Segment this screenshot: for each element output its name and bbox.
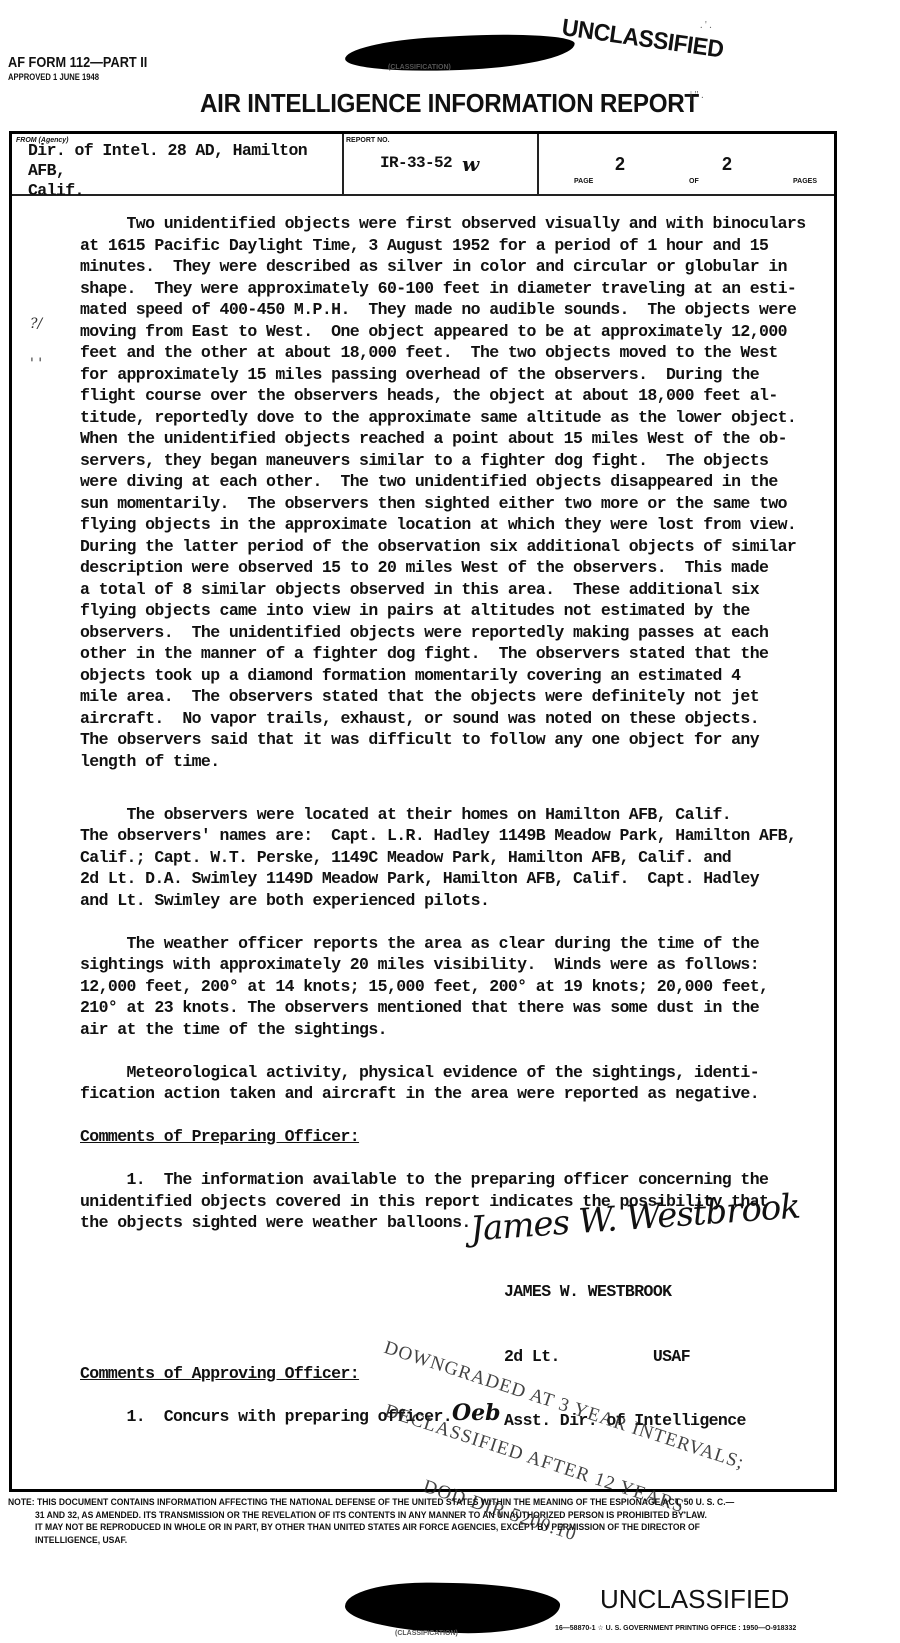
form-identifier: AF FORM 112—PART II APPROVED 1 JUNE 1948 bbox=[8, 54, 172, 82]
notice-line-3: IT MAY NOT BE REPRODUCED IN WHOLE OR IN … bbox=[8, 1522, 782, 1535]
notice-line-4: INTELLIGENCE, USAF. bbox=[8, 1535, 782, 1548]
text-line: other in the manner of a fighter dog fig… bbox=[80, 643, 830, 665]
report-no-label: REPORT NO. bbox=[346, 137, 390, 144]
text-line: servers, they began maneuvers similar to… bbox=[80, 450, 830, 472]
scan-speck: . ' . bbox=[700, 20, 712, 31]
text-line: moving from East to West. One object app… bbox=[80, 321, 830, 343]
of-label: OF bbox=[689, 178, 699, 185]
report-title: AIR INTELLIGENCE INFORMATION REPORT bbox=[200, 88, 699, 119]
printing-office-line: 16—58870-1 ☆ U. S. GOVERNMENT PRINTING O… bbox=[555, 1624, 796, 1632]
text-line: 12,000 feet, 200° at 14 knots; 15,000 fe… bbox=[80, 976, 830, 998]
text-line: flying objects came into view in pairs a… bbox=[80, 600, 830, 622]
from-agency-cell: FROM (Agency) Dir. of Intel. 28 AD, Hami… bbox=[12, 134, 344, 194]
text-line: aircraft. No vapor trails, exhaust, or s… bbox=[80, 708, 830, 730]
classification-caption-top: (CLASSIFICATION) bbox=[388, 64, 451, 71]
from-agency-value: Dir. of Intel. 28 AD, Hamilton AFB, Cali… bbox=[28, 141, 342, 201]
text-line: 1. The information available to the prep… bbox=[80, 1169, 830, 1191]
text-line: length of time. bbox=[80, 751, 830, 773]
text-line: The observers' names are: Capt. L.R. Had… bbox=[80, 825, 830, 847]
paragraph-weather: The weather officer reports the area as … bbox=[80, 933, 830, 1041]
from-line-1: Dir. of Intel. 28 AD, Hamilton AFB, bbox=[28, 141, 342, 181]
text-line: minutes. They were described as silver i… bbox=[80, 256, 830, 278]
text-line: objects took up a diamond formation mome… bbox=[80, 665, 830, 687]
text-line: mile area. The observers stated that the… bbox=[80, 686, 830, 708]
text-line: The observers were located at their home… bbox=[80, 804, 830, 826]
text-line: observers. The unidentified objects were… bbox=[80, 622, 830, 644]
preparing-officer-heading: Comments of Preparing Officer: bbox=[80, 1126, 830, 1148]
redaction-bar-bottom bbox=[345, 1581, 561, 1635]
text-line: were diving at each other. The two unide… bbox=[80, 471, 830, 493]
text-line: description were observed 15 to 20 miles… bbox=[80, 557, 830, 579]
text-line: The weather officer reports the area as … bbox=[80, 933, 830, 955]
report-number: IR-33-52 bbox=[380, 154, 452, 172]
classification-stamp-bottom: UNCLASSIFIED bbox=[600, 1584, 789, 1615]
text-line: Meteorological activity, physical eviden… bbox=[80, 1062, 830, 1084]
report-number-cell: REPORT NO. IR-33-52 w bbox=[342, 134, 539, 194]
text-line: The observers said that it was difficult… bbox=[80, 729, 830, 751]
form-number: AF FORM 112—PART II bbox=[8, 54, 147, 71]
handwritten-mark: w bbox=[462, 152, 479, 176]
text-line: air at the time of the sightings. bbox=[80, 1019, 830, 1041]
header-row: FROM (Agency) Dir. of Intel. 28 AD, Hami… bbox=[12, 134, 834, 196]
text-line: fication action taken and aircraft in th… bbox=[80, 1083, 830, 1105]
page-cell: 2 PAGE 2 OF PAGES bbox=[537, 134, 837, 194]
pages-label: PAGES bbox=[793, 178, 817, 185]
text-line: a total of 8 similar objects observed in… bbox=[80, 579, 830, 601]
from-line-2: Calif. bbox=[28, 181, 342, 201]
text-line: feet and the other at about 18,000 feet.… bbox=[80, 342, 830, 364]
text-line: titude, reportedly dove to the approxima… bbox=[80, 407, 830, 429]
text-line: sightings with approximately 20 miles vi… bbox=[80, 954, 830, 976]
text-line: 2d Lt. D.A. Swimley 1149D Meadow Park, H… bbox=[80, 868, 830, 890]
paragraph-observers: The observers were located at their home… bbox=[80, 804, 830, 912]
text-line: flying objects in the approximate locati… bbox=[80, 514, 830, 536]
scan-speck: | " . bbox=[690, 90, 704, 101]
text-line: Calif.; Capt. W.T. Perske, 1149C Meadow … bbox=[80, 847, 830, 869]
text-line: and Lt. Swimley are both experienced pil… bbox=[80, 890, 830, 912]
page-number: 2 bbox=[615, 154, 625, 175]
total-pages: 2 bbox=[722, 154, 732, 175]
paragraph-observation: Two unidentified objects were first obse… bbox=[80, 213, 830, 772]
classification-caption-bottom: (CLASSIFICATION) bbox=[395, 1630, 458, 1637]
legal-notice: NOTE: THIS DOCUMENT CONTAINS INFORMATION… bbox=[8, 1497, 782, 1547]
form-approved-date: APPROVED 1 JUNE 1948 bbox=[8, 72, 147, 82]
notice-line-1: NOTE: THIS DOCUMENT CONTAINS INFORMATION… bbox=[8, 1497, 782, 1510]
text-line: shape. They were approximately 60-100 fe… bbox=[80, 278, 830, 300]
paragraph-meteorological: Meteorological activity, physical eviden… bbox=[80, 1062, 830, 1105]
margin-annotations: ?/' ' bbox=[30, 304, 42, 384]
text-line: When the unidentified objects reached a … bbox=[80, 428, 830, 450]
text-line: sun momentarily. The observers then sigh… bbox=[80, 493, 830, 515]
text-line: During the latter period of the observat… bbox=[80, 536, 830, 558]
approver-initials: Oeb bbox=[452, 1400, 501, 1426]
text-line: flight course over the observers heads, … bbox=[80, 385, 830, 407]
text-line: for approximately 15 miles passing overh… bbox=[80, 364, 830, 386]
text-line: 210° at 23 knots. The observers mentione… bbox=[80, 997, 830, 1019]
page-label: PAGE bbox=[574, 178, 593, 185]
text-line: at 1615 Pacific Daylight Time, 3 August … bbox=[80, 235, 830, 257]
notice-line-2: 31 AND 32, AS AMENDED. ITS TRANSMISSION … bbox=[8, 1510, 782, 1523]
redaction-bar-top bbox=[344, 30, 575, 76]
signer-name: JAMES W. WESTBROOK bbox=[504, 1281, 746, 1303]
text-line: Two unidentified objects were first obse… bbox=[80, 213, 830, 235]
text-line: mated speed of 400-450 M.P.H. They made … bbox=[80, 299, 830, 321]
